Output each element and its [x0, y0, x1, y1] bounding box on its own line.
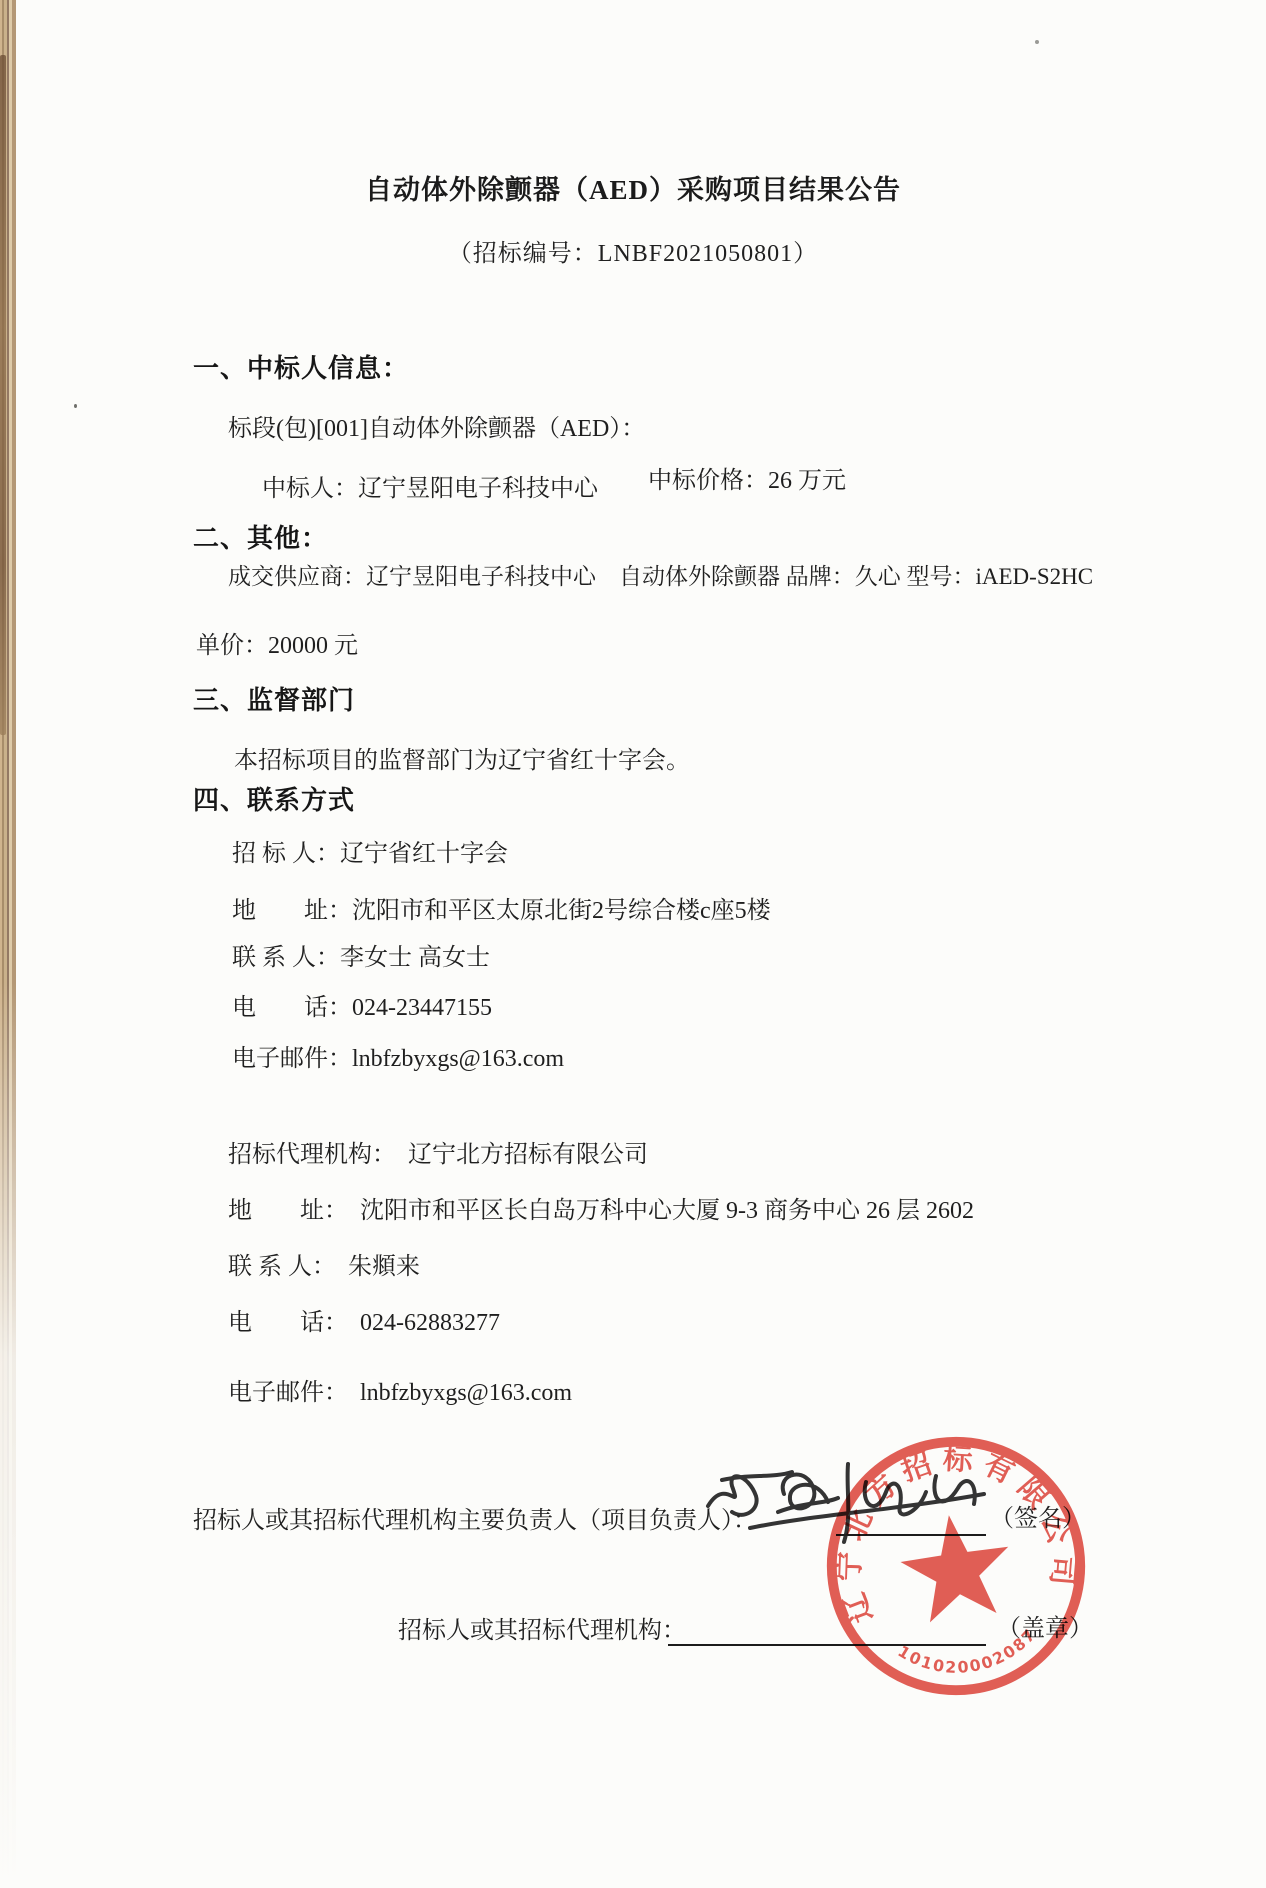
tenderer-row: 电子邮件：lnbfzbyxgs@163.com [232, 1038, 564, 1073]
contact-label: 电子邮件： [232, 1038, 352, 1073]
tender-number: （招标编号：LNBF2021050801） [0, 233, 1266, 268]
seal-star-icon [895, 1508, 1017, 1626]
agency-row: 联 系 人：朱頫来 [228, 1246, 420, 1281]
scan-edge-artifact-dark [0, 55, 6, 735]
winning-price: 中标价格：26 万元 [648, 460, 846, 495]
agency-row: 电 话：024-62883277 [228, 1302, 500, 1337]
tenderer-row: 电 话：024-23447155 [232, 987, 492, 1022]
contact-value: 沈阳市和平区长白岛万科中心大厦 9-3 商务中心 26 层 2602 [360, 1190, 974, 1225]
agency-row: 招标代理机构：辽宁北方招标有限公司 [228, 1134, 648, 1169]
contact-value: 辽宁北方招标有限公司 [408, 1134, 648, 1169]
contact-label: 电 话： [228, 1302, 348, 1337]
scanned-document-page: 自动体外除颤器（AED）采购项目结果公告 （招标编号：LNBF202105080… [0, 0, 1266, 1888]
contact-value: 辽宁省红十字会 [340, 833, 508, 868]
contact-label: 地 址： [232, 890, 352, 925]
contact-label: 地 址： [228, 1190, 348, 1225]
section1-heading: 一、中标人信息： [193, 348, 409, 385]
supervisor-line: 本招标项目的监督部门为辽宁省红十字会。 [234, 740, 690, 775]
contact-value: lnbfzbyxgs@163.com [360, 1380, 572, 1407]
agency-row: 电子邮件：lnbfzbyxgs@163.com [228, 1372, 572, 1407]
section2-heading: 二、其他： [193, 518, 328, 555]
scan-speck [74, 404, 77, 408]
contact-label: 招 标 人： [232, 833, 340, 868]
supplier-line: 成交供应商：辽宁昱阳电子科技中心 自动体外除颤器 品牌：久心 型号：iAED-S… [228, 558, 1093, 591]
contact-label: 联 系 人： [232, 937, 340, 972]
contact-value: 李女士 高女士 [340, 937, 490, 972]
responsible-person-line: 招标人或其招标代理机构主要负责人（项目负责人）： [193, 1500, 757, 1535]
lot-line: 标段(包)[001]自动体外除颤器（AED）： [228, 408, 645, 443]
winner-line: 中标人：辽宁昱阳电子科技中心 [262, 468, 598, 503]
contact-label: 招标代理机构： [228, 1134, 396, 1169]
section4-heading: 四、联系方式 [193, 780, 355, 817]
section3-heading: 三、监督部门 [193, 680, 355, 717]
scan-speck [1035, 40, 1039, 44]
agency-row: 地 址：沈阳市和平区长白岛万科中心大厦 9-3 商务中心 26 层 2602 [228, 1190, 974, 1225]
document-title: 自动体外除颤器（AED）采购项目结果公告 [0, 168, 1266, 207]
unit-price-line: 单价：20000 元 [196, 625, 358, 660]
agency-seal-line: 招标人或其招标代理机构： [398, 1610, 686, 1645]
contact-value: 024-23447155 [352, 995, 492, 1022]
tenderer-row: 地 址：沈阳市和平区太原北街2号综合楼c座5楼 [232, 890, 771, 925]
contact-value: 朱頫来 [348, 1246, 420, 1281]
contact-value: lnbfzbyxgs@163.com [352, 1046, 564, 1073]
contact-value: 024-62883277 [360, 1310, 500, 1337]
company-seal-stamp: 辽宁北方招标有限公司 21010200020876 [818, 1428, 1094, 1704]
contact-value: 沈阳市和平区太原北街2号综合楼c座5楼 [352, 890, 771, 925]
contact-label: 电子邮件： [228, 1372, 348, 1407]
tenderer-row: 联 系 人：李女士 高女士 [232, 937, 490, 972]
tenderer-row: 招 标 人：辽宁省红十字会 [232, 833, 508, 868]
contact-label: 电 话： [232, 987, 352, 1022]
contact-label: 联 系 人： [228, 1246, 336, 1281]
